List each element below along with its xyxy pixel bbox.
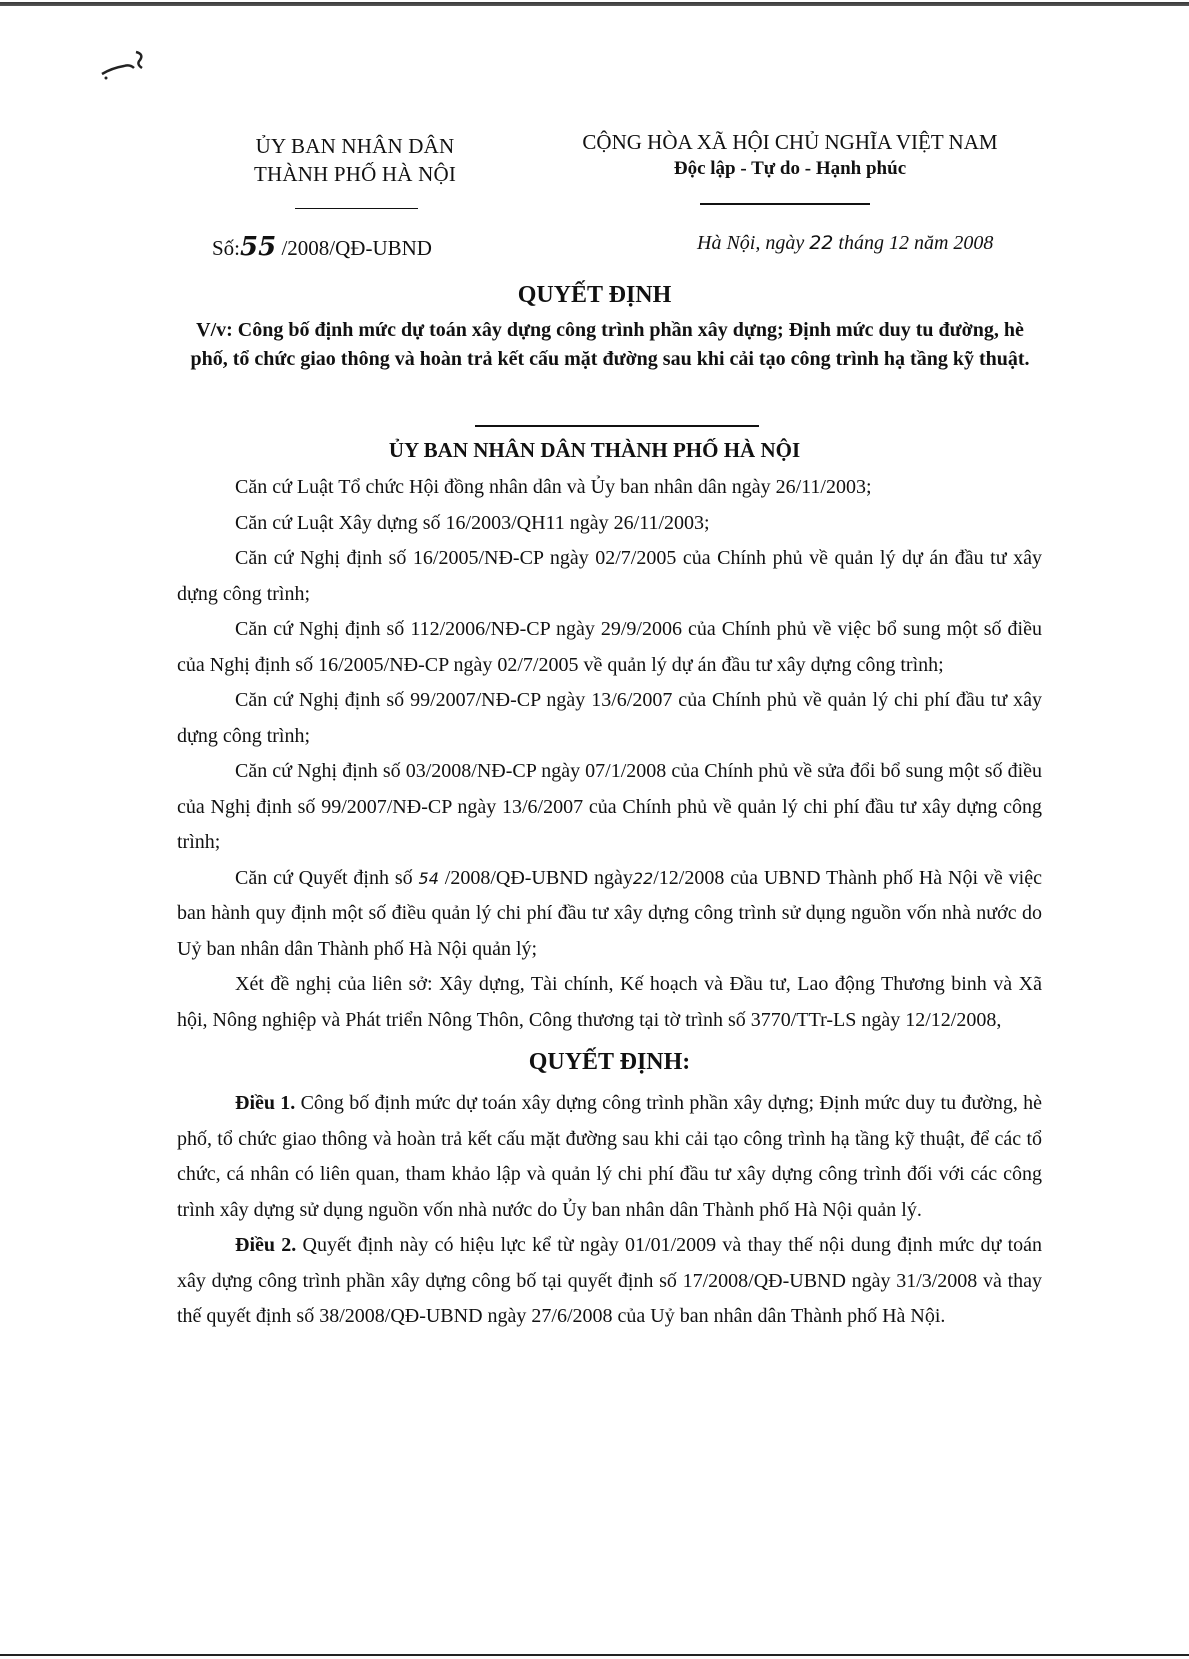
preamble-item: Căn cứ Luật Xây dựng số 16/2003/QH11 ngà… [177,506,1042,542]
date-rest: tháng 12 năm 2008 [833,232,993,254]
article-label: Điều 2. [235,1234,296,1256]
document-number: Số:55 /2008/QĐ-UBND [212,232,432,262]
issuer-block: ỦY BAN NHÂN DÂN THÀNH PHỐ HÀ NỘI [205,132,505,188]
preamble-item: Căn cứ Nghị định số 03/2008/NĐ-CP ngày 0… [177,754,1042,861]
document-subject: V/v: Công bố định mức dự toán xây dựng c… [180,316,1040,374]
doc-number-suffix: /2008/QĐ-UBND [276,236,432,260]
subject-divider [475,425,759,427]
national-header: CỘNG HÒA XÃ HỘI CHỦ NGHĨA VIỆT NAM Độc l… [520,128,1060,182]
issuer-line-1: ỦY BAN NHÂN DÂN [205,132,505,160]
national-motto: Độc lập - Tự do - Hạnh phúc [520,156,1060,182]
nation-name: CỘNG HÒA XÃ HỘI CHỦ NGHĨA VIỆT NAM [520,128,1060,156]
doc-number-prefix: Số: [212,236,240,260]
issuing-authority: ỦY BAN NHÂN DÂN THÀNH PHỐ HÀ NỘI [0,438,1189,463]
scan-border-bottom [0,1654,1189,1656]
article-2: Điều 2. Quyết định này có hiệu lực kể từ… [177,1228,1042,1335]
handwritten-number: 54 [419,869,439,888]
decision-heading: QUYẾT ĐỊNH: [177,1042,1042,1082]
document-body: Căn cứ Luật Tổ chức Hội đồng nhân dân và… [177,470,1042,1335]
preamble-item: Căn cứ Nghị định số 99/2007/NĐ-CP ngày 1… [177,683,1042,754]
article-text: Quyết định này có hiệu lực kể từ ngày 01… [177,1234,1042,1327]
document-title: QUYẾT ĐỊNH [0,282,1189,309]
document-date: Hà Nội, ngày 22 tháng 12 năm 2008 [697,232,993,255]
article-text: Công bố định mức dự toán xây dựng công t… [177,1092,1042,1221]
issuer-divider [295,208,418,209]
preamble-item: Căn cứ Nghị định số 16/2005/NĐ-CP ngày 0… [177,541,1042,612]
handwritten-day: 22 [633,869,653,888]
scan-smudge-mark [96,44,156,84]
article-label: Điều 1. [235,1092,295,1114]
scan-border-top [0,2,1189,6]
preamble-item: Căn cứ Nghị định số 112/2006/NĐ-CP ngày … [177,612,1042,683]
date-prefix: Hà Nội, ngày [697,232,809,254]
doc-number-handwritten: 55 [240,232,276,262]
issuer-line-2: THÀNH PHỐ HÀ NỘI [205,160,505,188]
article-1: Điều 1. Công bố định mức dự toán xây dựn… [177,1086,1042,1228]
proposal-paragraph: Xét đề nghị của liên sở: Xây dựng, Tài c… [177,967,1042,1038]
motto-divider [700,203,870,205]
preamble-item-decision: Căn cứ Quyết định số 54 /2008/QĐ-UBND ng… [177,861,1042,968]
preamble-text: /2008/QĐ-UBND ngày [439,867,633,889]
preamble-text: Căn cứ Quyết định số [235,867,419,889]
preamble-item: Căn cứ Luật Tổ chức Hội đồng nhân dân và… [177,470,1042,506]
date-day-handwritten: 22 [809,232,833,254]
